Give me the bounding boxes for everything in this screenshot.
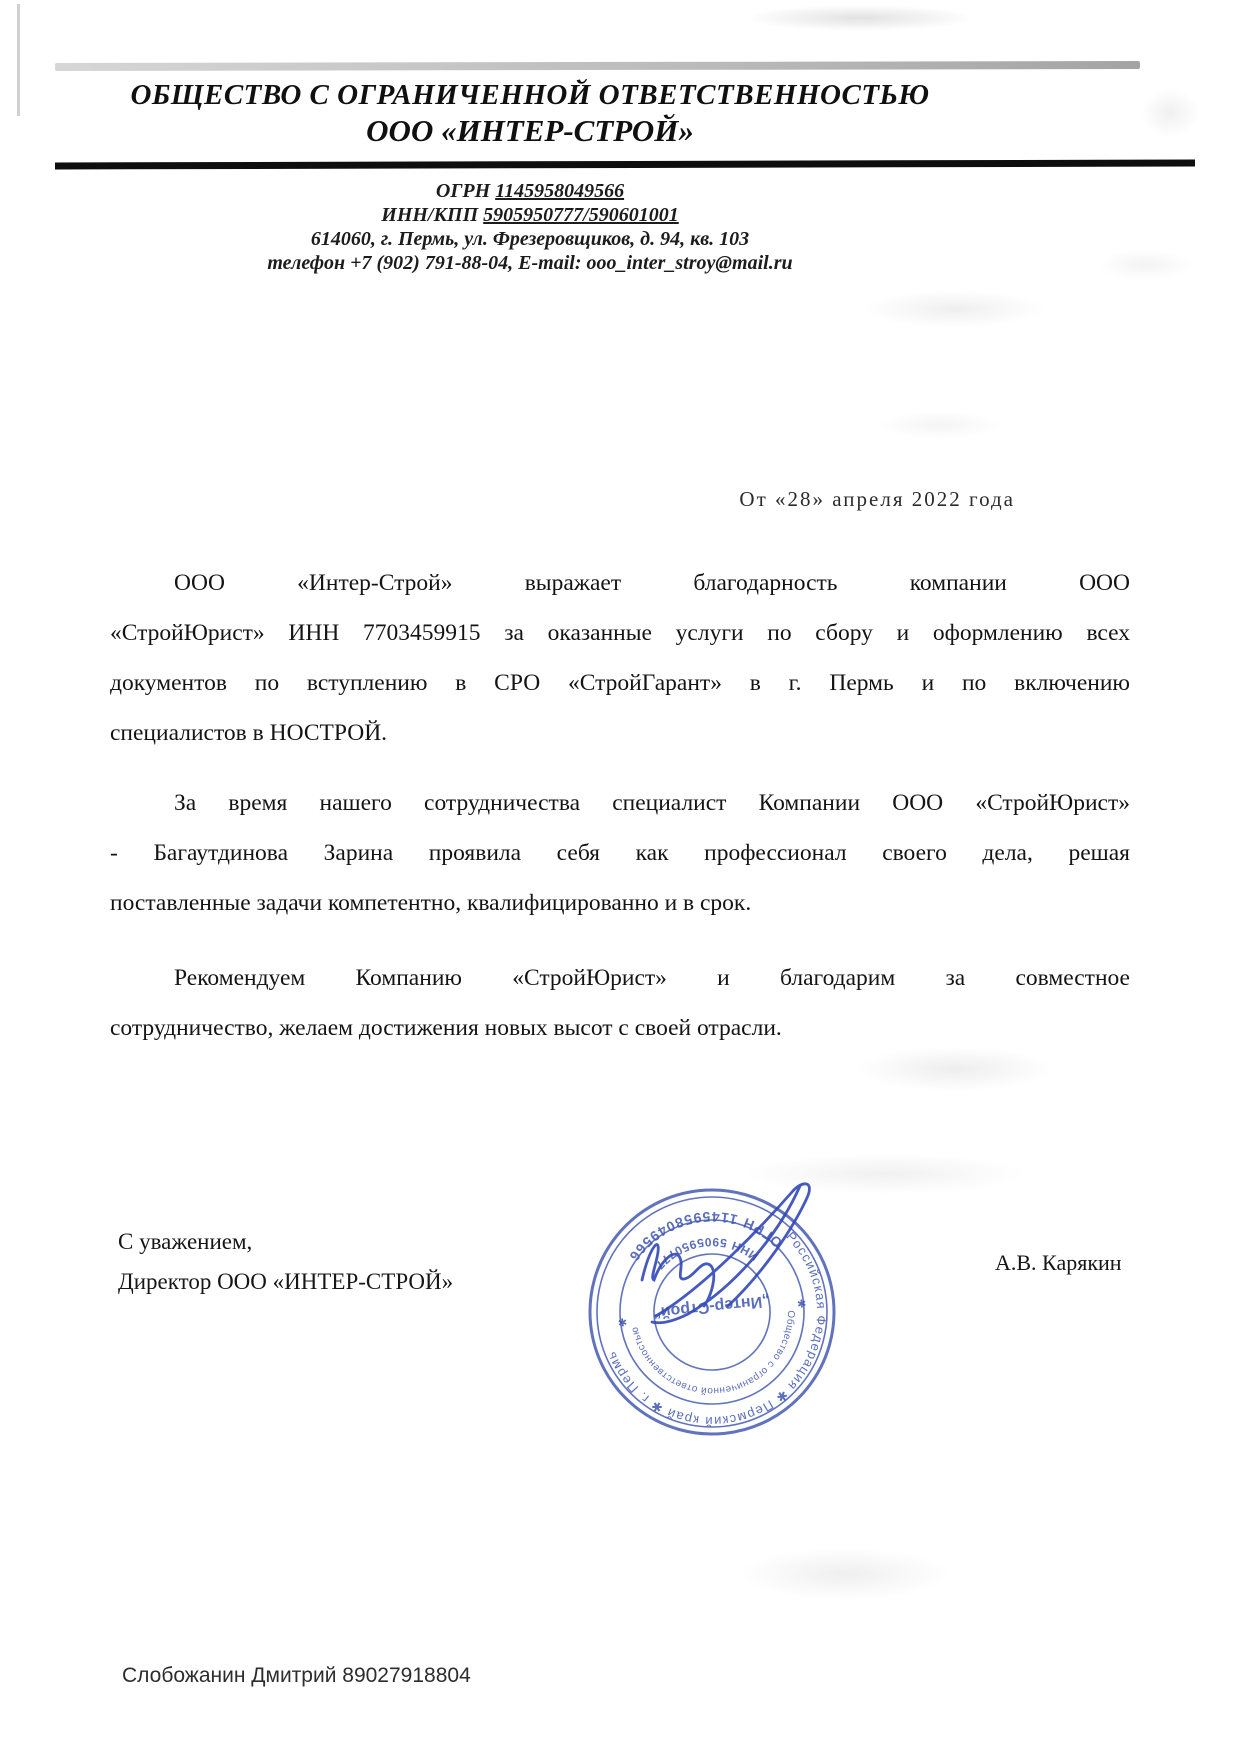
- letterhead: ОБЩЕСТВО С ОГРАНИЧЕННОЙ ОТВЕТСТВЕННОСТЬЮ…: [55, 78, 1005, 150]
- scan-left-paper-edge: [17, 4, 20, 116]
- signoff-position-line: Директор ООО «ИНТЕР-СТРОЙ»: [118, 1262, 453, 1302]
- text-line: Рекомендуем Компанию «СтройЮрист» и благ…: [110, 953, 1130, 1003]
- signoff-block: С уважением, Директор ООО «ИНТЕР-СТРОЙ»: [118, 1222, 453, 1302]
- paragraph-recommendation: Рекомендуем Компанию «СтройЮрист» и благ…: [110, 953, 1130, 1053]
- scanned-letter-page: ОБЩЕСТВО С ОГРАНИЧЕННОЙ ОТВЕТСТВЕННОСТЬЮ…: [0, 0, 1240, 1755]
- stamp-star-left: ✱: [617, 1317, 627, 1330]
- company-round-stamp: Российская Федерация ✱ Пермский край ✱ г…: [540, 1120, 960, 1520]
- inn-kpp-value: 5905950777/590601001: [483, 204, 679, 226]
- text-line: - Багаутдинова Зарина проявила себя как …: [110, 828, 1130, 878]
- letterhead-contacts: ОГРН 1145958049566 ИНН/КПП 5905950777/59…: [55, 179, 1005, 275]
- text-line: поставленные задачи компетентно, квалифи…: [110, 878, 1130, 928]
- text-line: специалистов в НОСТРОЙ.: [110, 708, 1130, 758]
- company-name-title: ООО «ИНТЕР-СТРОЙ»: [55, 112, 1005, 150]
- inn-kpp-label: ИНН/КПП: [381, 204, 483, 226]
- address-line: 614060, г. Пермь, ул. Фрезеровщиков, д. …: [55, 227, 1005, 251]
- director-name: А.В. Карякин: [995, 1250, 1122, 1276]
- text-line: документов по вступлению в СРО «СтройГар…: [110, 658, 1130, 708]
- paragraph-specialist: За время нашего сотрудничества специалис…: [110, 778, 1130, 928]
- signoff-respect-line: С уважением,: [118, 1222, 453, 1262]
- scan-top-paper-edge: [55, 61, 1140, 71]
- scan-smudge: [830, 283, 1080, 335]
- stamp-star-right: ✱: [797, 1298, 807, 1311]
- ogrn-line: ОГРН 1145958049566: [55, 179, 1005, 203]
- letter-date: От «28» апреля 2022 года: [739, 487, 1015, 512]
- phone-email-line: телефон +7 (902) 791-88-04, E-mail: ooo_…: [55, 251, 1005, 275]
- paragraph-gratitude: ООО «Интер-Строй» выражает благодарность…: [110, 558, 1130, 758]
- scan-smudge: [1130, 78, 1210, 148]
- inn-kpp-line: ИНН/КПП 5905950777/590601001: [55, 203, 1005, 227]
- scan-smudge: [700, 1538, 990, 1610]
- text-line: «СтройЮрист» ИНН 7703459915 за оказанные…: [110, 608, 1130, 658]
- text-line: ООО «Интер-Строй» выражает благодарность…: [110, 558, 1130, 608]
- company-legal-form-title: ОБЩЕСТВО С ОГРАНИЧЕННОЙ ОТВЕТСТВЕННОСТЬЮ: [55, 78, 1005, 112]
- footer-contact: Слобожанин Дмитрий 89027918804: [122, 1664, 471, 1688]
- scan-smudge: [1080, 243, 1210, 287]
- letterhead-divider-rule: [55, 160, 1195, 170]
- ogrn-label: ОГРН: [436, 180, 495, 202]
- text-line: За время нашего сотрудничества специалис…: [110, 778, 1130, 828]
- scan-smudge: [700, 0, 1020, 36]
- ogrn-value: 1145958049566: [495, 180, 624, 202]
- scan-smudge: [855, 405, 1025, 445]
- text-line: сотрудничество, желаем достижения новых …: [110, 1003, 1130, 1053]
